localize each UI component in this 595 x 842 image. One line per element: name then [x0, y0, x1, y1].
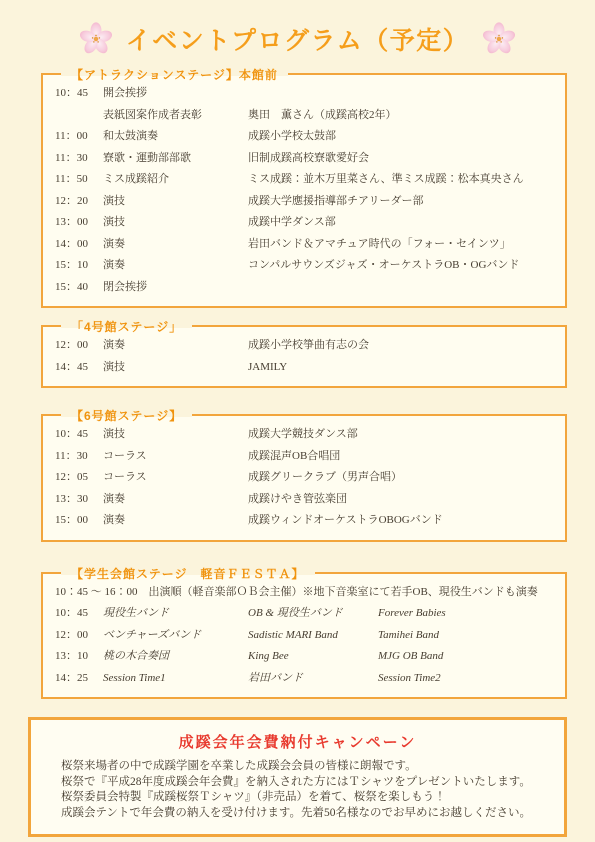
program-name: コーラス	[103, 446, 248, 468]
program-name: 演奏	[103, 335, 248, 357]
stage-section-title: 【学生会館ステージ 軽音ＦＥＳＴＡ】	[61, 565, 315, 583]
page-title: イベントプログラム（予定）	[126, 21, 470, 57]
program-name: 演技	[103, 212, 248, 234]
program-time: 14：00	[55, 234, 103, 256]
program-row: 11：30コーラス成蹊混声OB合唱団	[43, 446, 565, 468]
campaign-lines: 桜祭来場者の中で成蹊学園を卒業した成蹊会会員の皆様に朗報です。桜祭で『平成28年…	[31, 759, 564, 821]
stage-section-title: 【6号館ステージ】	[61, 407, 192, 425]
program-name: 寮歌・運動部部歌	[103, 148, 248, 170]
stage-section-title: 「4号館ステージ」	[61, 318, 192, 336]
program-row: 14：00演奏岩田バンド＆アマチュア時代の「フォー・セインツ」	[43, 234, 565, 256]
program-row: 15：10演奏コンパルサウンズジャズ・オーケストラOB・OGバンド	[43, 255, 565, 277]
performer-name-2: MJG OB Band	[378, 646, 565, 668]
program-time: 15：10	[55, 255, 103, 277]
performer-name: 奥田 薫さん（成蹊高校2年）	[248, 105, 378, 127]
program-name: 演奏	[103, 510, 248, 532]
program-row: 12：00ベンチャーズバンドSadistic MARI BandTamihei …	[43, 625, 565, 647]
program-time: 11：30	[55, 148, 103, 170]
program-row: 11：30寮歌・運動部部歌旧制成蹊高校寮歌愛好会	[43, 148, 565, 170]
performer-name: OB & 現役生バンド	[248, 603, 378, 625]
program-name: ベンチャーズバンド	[103, 625, 248, 647]
program-row: 10：45現役生バンドOB & 現役生バンドForever Babies	[43, 603, 565, 625]
program-name: 閉会挨拶	[103, 277, 248, 299]
program-row: 14：25Session Time1岩田バンドSession Time2	[43, 668, 565, 690]
performer-name: 成蹊ウィンドオーケストラOBOGバンド	[248, 510, 378, 532]
stage-section: 「4号館ステージ」12：00演奏成蹊小学校箏曲有志の会14：45演技JAMILY	[41, 325, 567, 388]
performer-name: 成蹊小学校太鼓部	[248, 126, 378, 148]
performer-name: 岩田バンド＆アマチュア時代の「フォー・セインツ」	[248, 234, 378, 256]
program-time: 13：00	[55, 212, 103, 234]
program-time: 14：25	[55, 668, 103, 690]
program-row: 13：00演技成蹊中学ダンス部	[43, 212, 565, 234]
performer-name: 岩田バンド	[248, 668, 378, 690]
program-time: 11：30	[55, 446, 103, 468]
program-time: 11：50	[55, 169, 103, 191]
program-name: 演技	[103, 357, 248, 379]
campaign-line: 成蹊会テントで年会費の納入を受け付けます。先着50名様なのでお早めにお越しくださ…	[31, 806, 564, 822]
program-name: 和太鼓演奏	[103, 126, 248, 148]
program-row: 13：30演奏成蹊けやき管弦楽団	[43, 489, 565, 511]
stage-section: 【6号館ステージ】10：45演技成蹊大学競技ダンス部11：30コーラス成蹊混声O…	[41, 414, 567, 542]
program-time: 12：00	[55, 625, 103, 647]
campaign-line: 桜祭来場者の中で成蹊学園を卒業した成蹊会会員の皆様に朗報です。	[31, 759, 564, 775]
program-name: 演技	[103, 191, 248, 213]
stage-sections: 【アトラクションステージ】本館前10：45開会挨拶表紙図案作成者表彰奥田 薫さん…	[0, 73, 595, 699]
campaign-line: 桜祭で『平成28年度成蹊会年会費』を納入された方にはＴシャツをプレゼントいたしま…	[31, 775, 564, 791]
program-row: 11：50ミス成蹊紹介ミス成蹊：並木万里菜さん、準ミス成蹊：松本真央さん	[43, 169, 565, 191]
performer-name: 成蹊混声OB合唱団	[248, 446, 378, 468]
program-name: 演技	[103, 424, 248, 446]
program-time: 10：45	[55, 424, 103, 446]
campaign-box: 成蹊会年会費納付キャンペーン 桜祭来場者の中で成蹊学園を卒業した成蹊会会員の皆様…	[28, 717, 567, 837]
program-row: 15：00演奏成蹊ウィンドオーケストラOBOGバンド	[43, 510, 565, 532]
program-time: 12：00	[55, 335, 103, 357]
program-row: 11：00和太鼓演奏成蹊小学校太鼓部	[43, 126, 565, 148]
performer-name: コンパルサウンズジャズ・オーケストラOB・OGバンド	[248, 255, 378, 277]
stage-section: 【学生会館ステージ 軽音ＦＥＳＴＡ】10：45 ～ 16：00 出演順（軽音楽部…	[41, 572, 567, 700]
performer-name: 成蹊大学競技ダンス部	[248, 424, 378, 446]
stage-section: 【アトラクションステージ】本館前10：45開会挨拶表紙図案作成者表彰奥田 薫さん…	[41, 73, 567, 308]
performer-name-2: Forever Babies	[378, 603, 565, 625]
program-row: 12：00演奏成蹊小学校箏曲有志の会	[43, 335, 565, 357]
program-name: 桃の木合奏団	[103, 646, 248, 668]
program-page: { "title": { "text": "イベントプログラム（予定）", "f…	[0, 0, 595, 842]
program-time: 15：40	[55, 277, 103, 299]
program-name: Session Time1	[103, 668, 248, 690]
performer-name: 成蹊グリークラブ（男声合唱）	[248, 467, 378, 489]
performer-name	[248, 277, 378, 299]
performer-name: ミス成蹊：並木万里菜さん、準ミス成蹊：松本真央さん	[248, 169, 378, 191]
performer-name: 成蹊けやき管弦楽団	[248, 489, 378, 511]
title-row: イベントプログラム（予定）	[0, 0, 595, 57]
program-time: 14：45	[55, 357, 103, 379]
program-name: ミス成蹊紹介	[103, 169, 248, 191]
program-name: 現役生バンド	[103, 603, 248, 625]
performer-name: King Bee	[248, 646, 378, 668]
performer-name: 成蹊中学ダンス部	[248, 212, 378, 234]
performer-name: 旧制成蹊高校寮歌愛好会	[248, 148, 378, 170]
program-name: 演奏	[103, 255, 248, 277]
program-time: 13：30	[55, 489, 103, 511]
sakura-icon	[79, 22, 113, 56]
program-row: 10：45開会挨拶	[43, 83, 565, 105]
campaign-line: 桜祭委員会特製『成蹊桜祭Ｔシャツ』（非売品）を着て、桜祭を楽しもう！	[31, 790, 564, 806]
program-row: 14：45演技JAMILY	[43, 357, 565, 379]
sakura-icon	[482, 22, 516, 56]
performer-name-2: Tamihei Band	[378, 625, 565, 647]
stage-section-note: 10：45 ～ 16：00 出演順（軽音楽部ＯＢ会主催）※地下音楽室にて若手OB…	[43, 582, 565, 604]
program-row: 10：45演技成蹊大学競技ダンス部	[43, 424, 565, 446]
campaign-title: 成蹊会年会費納付キャンペーン	[31, 731, 564, 752]
program-name: コーラス	[103, 467, 248, 489]
program-time: 12：20	[55, 191, 103, 213]
program-time: 11：00	[55, 126, 103, 148]
performer-name: JAMILY	[248, 357, 378, 379]
program-name: 開会挨拶	[103, 83, 248, 105]
program-name: 表紙図案作成者表彰	[103, 105, 248, 127]
program-time	[55, 105, 103, 127]
program-row: 13：10桃の木合奏団King BeeMJG OB Band	[43, 646, 565, 668]
performer-name: 成蹊大学應援指導部チアリーダー部	[248, 191, 378, 213]
program-time: 10：45	[55, 83, 103, 105]
performer-name: Sadistic MARI Band	[248, 625, 378, 647]
program-name: 演奏	[103, 489, 248, 511]
stage-section-title: 【アトラクションステージ】本館前	[61, 66, 288, 84]
program-row: 15：40閉会挨拶	[43, 277, 565, 299]
program-time: 10：45	[55, 603, 103, 625]
performer-name: 成蹊小学校箏曲有志の会	[248, 335, 378, 357]
program-row: 12：20演技成蹊大学應援指導部チアリーダー部	[43, 191, 565, 213]
program-row: 表紙図案作成者表彰奥田 薫さん（成蹊高校2年）	[43, 105, 565, 127]
program-name: 演奏	[103, 234, 248, 256]
program-time: 13：10	[55, 646, 103, 668]
performer-name	[248, 83, 378, 105]
program-time: 15：00	[55, 510, 103, 532]
performer-name-2: Session Time2	[378, 668, 565, 690]
program-time: 12：05	[55, 467, 103, 489]
program-row: 12：05コーラス成蹊グリークラブ（男声合唱）	[43, 467, 565, 489]
